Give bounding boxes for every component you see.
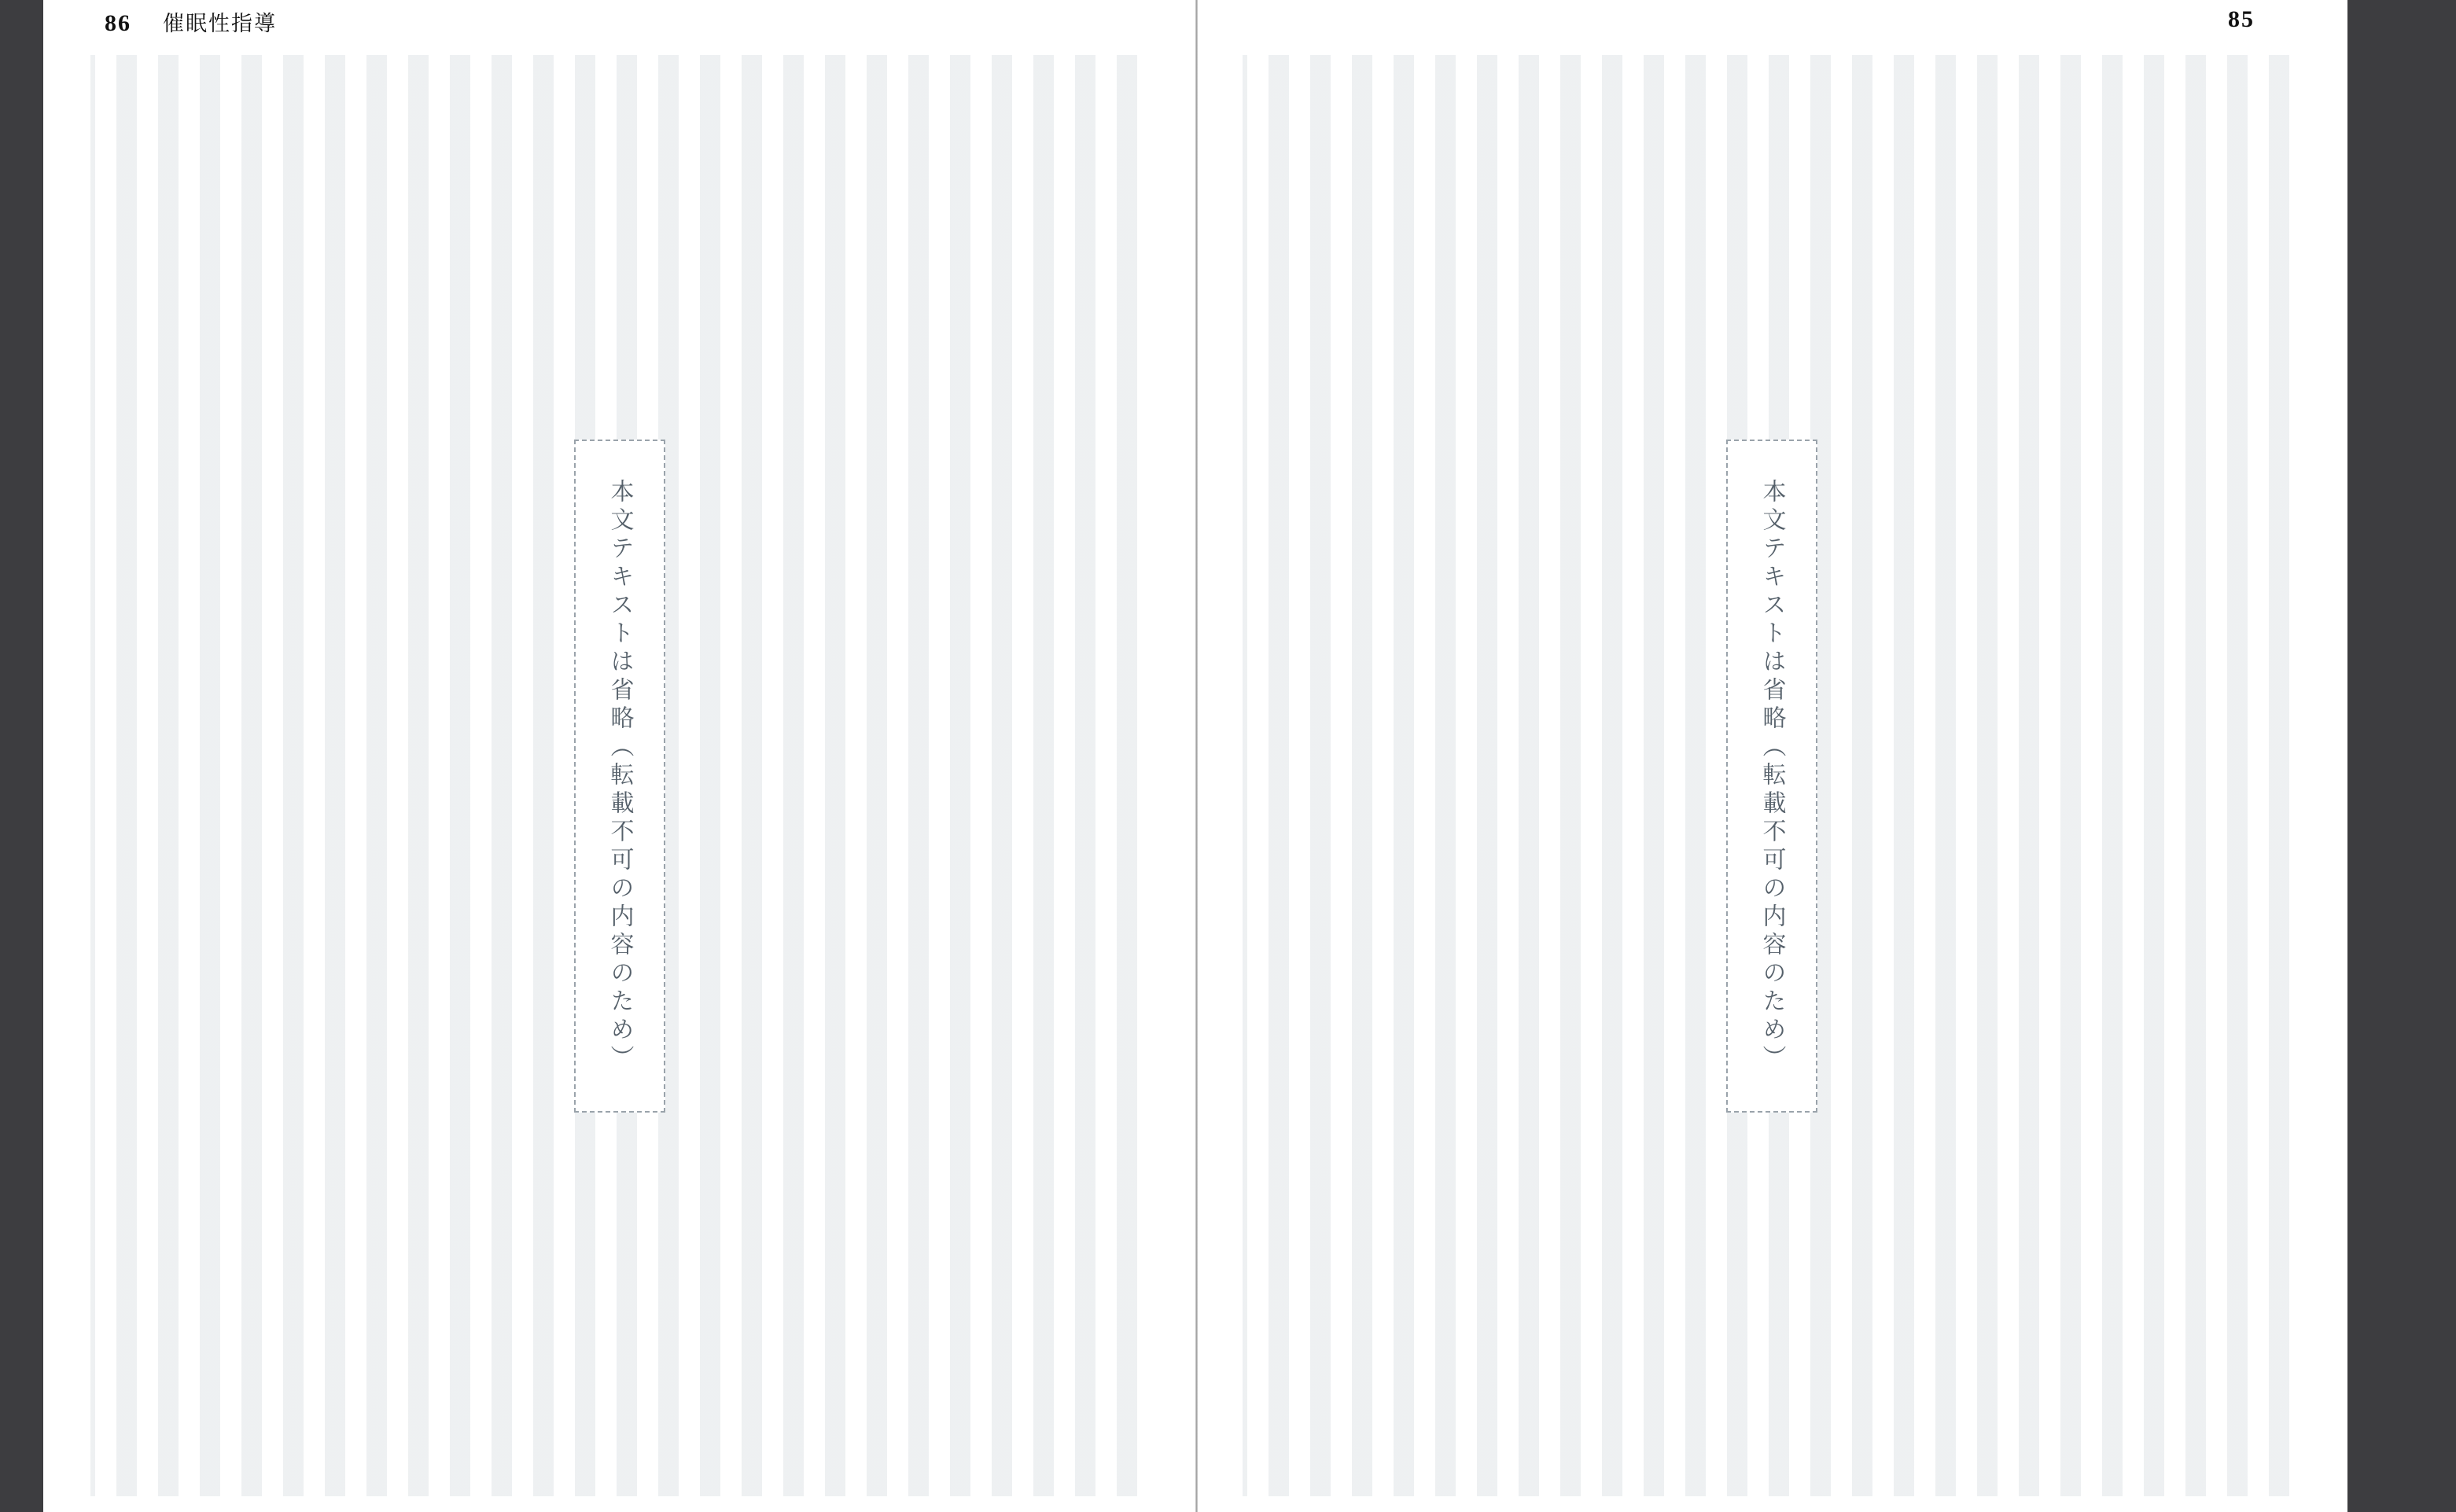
ebook-viewer: 86 催眠性指導 本文テキストは省略（転載不可の内容のため） 85 本文テキスト… [0, 0, 2456, 1512]
redaction-notice: 本文テキストは省略（転載不可の内容のため） [1726, 440, 1817, 1113]
book-spread: 86 催眠性指導 本文テキストは省略（転載不可の内容のため） 85 本文テキスト… [43, 0, 2347, 1512]
page-number-left: 86 [105, 10, 131, 37]
page-85: 85 本文テキストは省略（転載不可の内容のため） [1195, 0, 2347, 1512]
page-85-body: 本文テキストは省略（転載不可の内容のため） [1243, 55, 2300, 1496]
running-title: 催眠性指導 [163, 6, 277, 37]
page-86-body: 本文テキストは省略（転載不可の内容のため） [90, 55, 1148, 1496]
page-86: 86 催眠性指導 本文テキストは省略（転載不可の内容のため） [43, 0, 1195, 1512]
page-number-right: 85 [2228, 6, 2255, 33]
page-binding-divider [1195, 0, 1198, 1512]
page-86-header: 86 催眠性指導 [105, 6, 277, 37]
page-85-header: 85 [2228, 6, 2255, 33]
redaction-notice: 本文テキストは省略（転載不可の内容のため） [574, 440, 665, 1113]
